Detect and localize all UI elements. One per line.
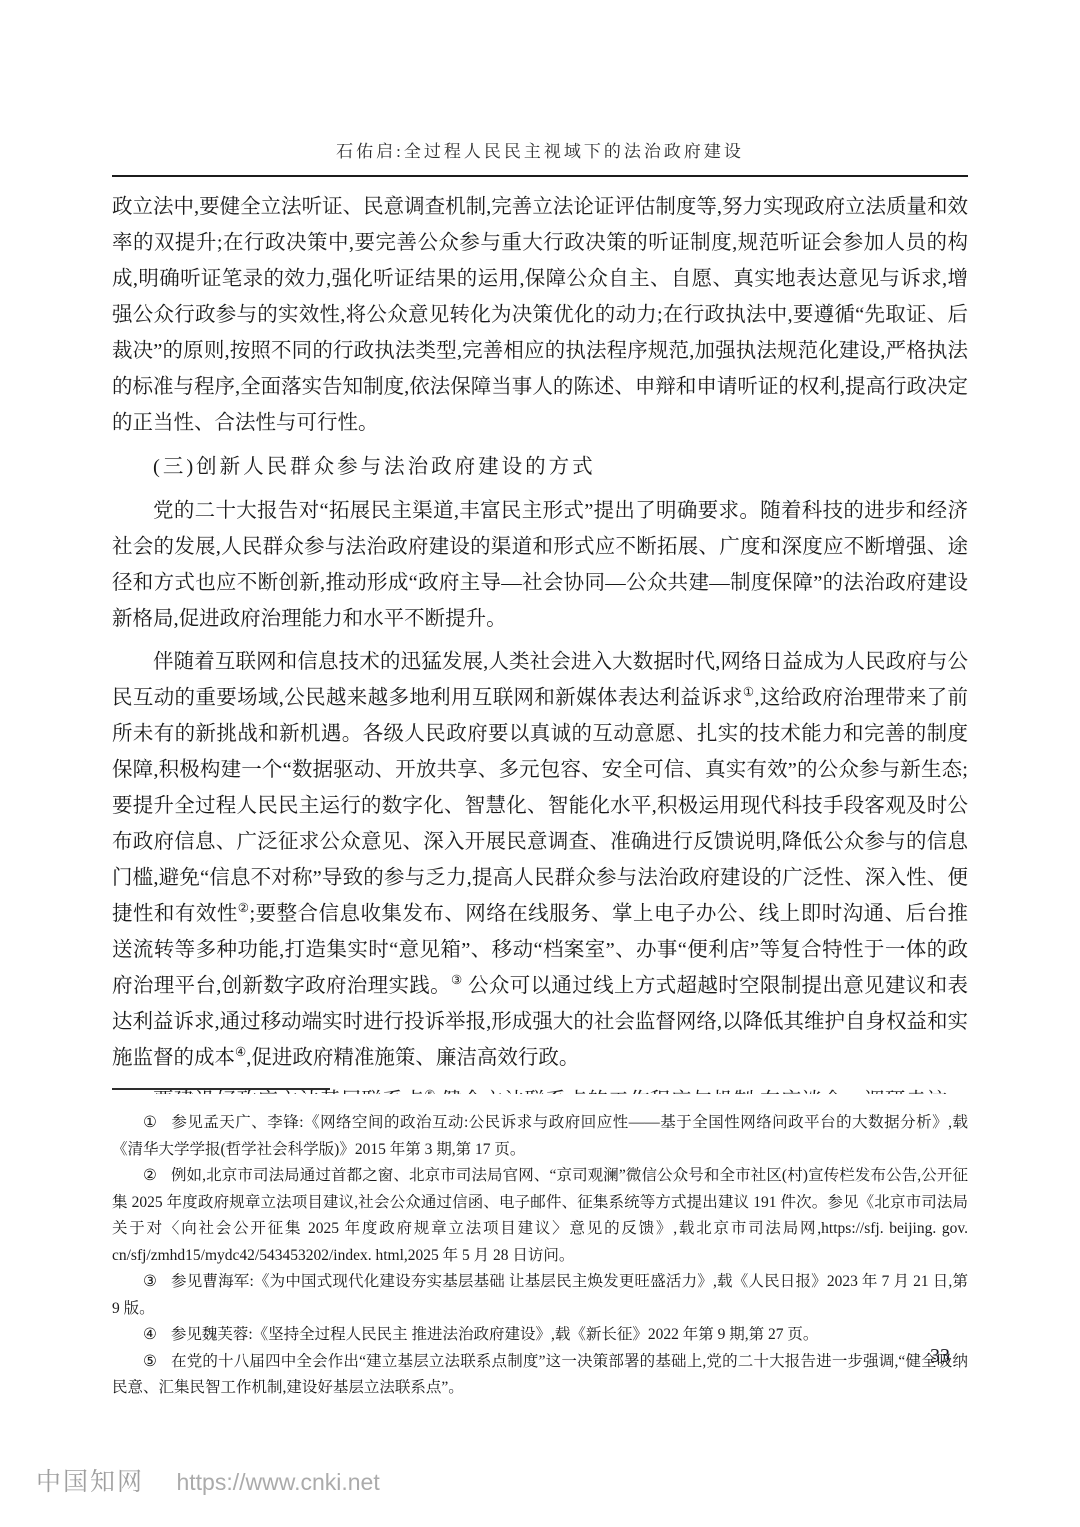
footnote-text: 参见曹海军:《为中国式现代化建设夯实基层基础 让基层民主焕发更旺盛活力》,载《人… [112, 1273, 968, 1317]
footnote-separator [112, 1088, 330, 1090]
paper-page: 石佑启:全过程人民民主视域下的法治政府建设 政立法中,要健全立法听证、民意调查机… [0, 0, 1080, 1527]
paragraph-continued: 政立法中,要健全立法听证、民意调查机制,完善立法论证评估制度等,努力实现政府立法… [112, 189, 968, 441]
footnote-text: 在党的十八届四中全会作出“建立基层立法联系点制度”这一决策部署的基础上,党的二十… [112, 1353, 968, 1397]
footnote: ④参见魏芙蓉:《坚持全过程人民民主 推进法治政府建设》,载《新长征》2022 年… [112, 1322, 968, 1349]
footnote-area: ①参见孟天广、李锋:《网络空间的政治互动:公民诉求与政府回应性——基于全国性网络… [112, 1088, 968, 1402]
cnki-watermark: 中国知网 https://www.cnki.net [36, 1462, 380, 1498]
footnote-number: ⑤ [143, 1353, 157, 1370]
footnote: ②例如,北京市司法局通过首都之窗、北京市司法局官网、“京司观澜”微信公众号和全市… [112, 1163, 968, 1269]
footnote: ①参见孟天广、李锋:《网络空间的政治互动:公民诉求与政府回应性——基于全国性网络… [112, 1110, 968, 1163]
running-header: 石佑启:全过程人民民主视域下的法治政府建设 [0, 0, 1080, 162]
footnote-text: 参见孟天广、李锋:《网络空间的政治互动:公民诉求与政府回应性——基于全国性网络问… [112, 1114, 968, 1158]
cnki-brand-text: 中国知网 [36, 1468, 144, 1496]
running-header-title: 石佑启:全过程人民民主视域下的法治政府建设 [336, 142, 744, 161]
footnote-number: ③ [143, 1273, 157, 1290]
footnote-text: 参见魏芙蓉:《坚持全过程人民民主 推进法治政府建设》,载《新长征》2022 年第… [171, 1326, 819, 1343]
paragraph: 党的二十大报告对“拓展民主渠道,丰富民主形式”提出了明确要求。随着科技的进步和经… [112, 493, 968, 637]
footnote: ⑤在党的十八届四中全会作出“建立基层立法联系点制度”这一决策部署的基础上,党的二… [112, 1349, 968, 1402]
page-number: 33 [930, 1345, 950, 1368]
paragraph: 伴随着互联网和信息技术的迅猛发展,人类社会进入大数据时代,网络日益成为人民政府与… [112, 644, 968, 1076]
footnote-text: 例如,北京市司法局通过首都之窗、北京市司法局官网、“京司观澜”微信公众号和全市社… [112, 1167, 968, 1264]
footnote-number: ② [143, 1167, 157, 1184]
footnote-number: ④ [143, 1326, 157, 1343]
cnki-url-text: https://www.cnki.net [176, 1469, 379, 1495]
article-body: 政立法中,要健全立法听证、民意调查机制,完善立法论证评估制度等,努力实现政府立法… [112, 189, 968, 1094]
footnote: ③参见曹海军:《为中国式现代化建设夯实基层基础 让基层民主焕发更旺盛活力》,载《… [112, 1269, 968, 1322]
header-rule [112, 175, 968, 177]
footnote-number: ① [143, 1114, 157, 1131]
section-heading: (三)创新人民群众参与法治政府建设的方式 [112, 449, 968, 485]
